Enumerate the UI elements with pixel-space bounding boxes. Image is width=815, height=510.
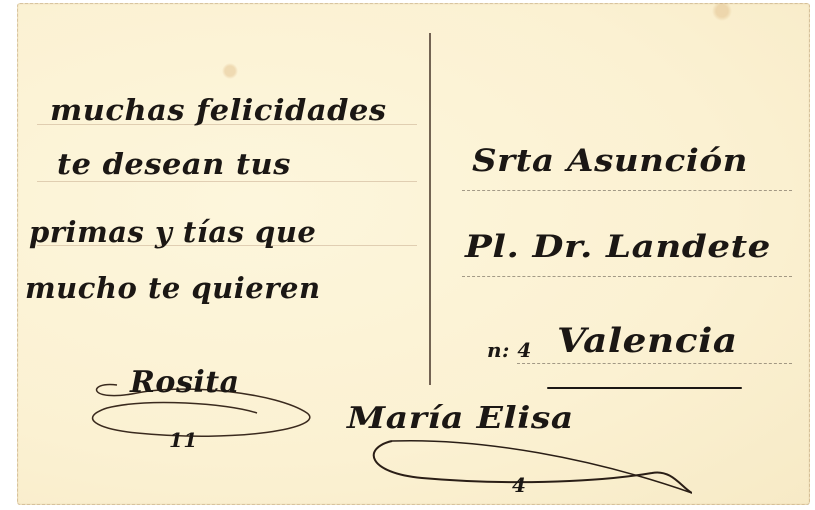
guide-line bbox=[37, 181, 417, 182]
signature-flourish-icon bbox=[362, 433, 692, 503]
address-underline bbox=[547, 387, 742, 389]
address-line-4: Valencia bbox=[557, 321, 738, 361]
address-line-1: Srta Asunción bbox=[472, 143, 748, 179]
signature-mark: 11 bbox=[169, 428, 198, 452]
address-line-2: Pl. Dr. Landete bbox=[465, 229, 771, 265]
signature-mark: 4 bbox=[512, 473, 526, 497]
address-dotted-line bbox=[462, 276, 792, 277]
signature-name: Rosita bbox=[130, 365, 240, 400]
signature-name: María Elisa bbox=[347, 401, 574, 436]
address-dotted-line bbox=[517, 363, 792, 364]
message-line-2: te desean tus bbox=[57, 147, 291, 181]
center-divider bbox=[429, 33, 431, 385]
message-line-3: primas y tías que bbox=[29, 215, 316, 249]
address-dotted-line bbox=[462, 190, 792, 191]
address-line-3: n: 4 bbox=[487, 338, 532, 362]
message-line-4: mucho te quieren bbox=[25, 271, 321, 305]
postcard-back: muchas felicidades te desean tus primas … bbox=[17, 3, 810, 505]
message-line-1: muchas felicidades bbox=[50, 93, 387, 127]
